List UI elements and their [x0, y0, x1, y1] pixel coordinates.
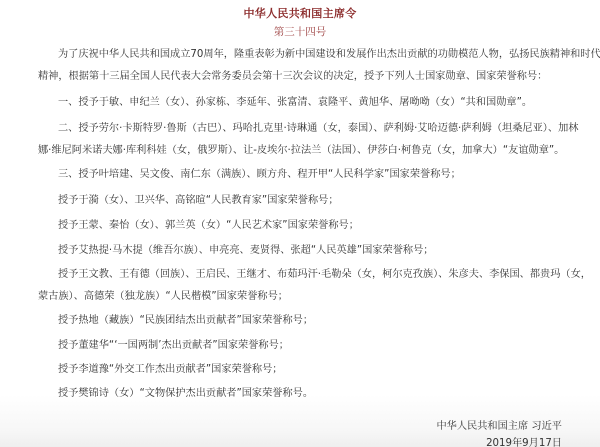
section-1-text: 一、授予于敏、申纪兰（女）、孙家栋、李延年、张富清、袁隆平、黄旭华、屠呦呦（女）… — [38, 92, 568, 114]
signature: 中华人民共和国主席 习近平 — [437, 417, 563, 432]
preamble-line: 为了庆祝中华人民共和国成立70周年，隆重表彰为新中国建设和发展作出杰出贡献的功勋… — [38, 44, 568, 66]
award-ethnic-unity: 授予热地（藏族）“民族团结杰出贡献者”国家荣誉称号； — [38, 310, 568, 332]
award-ethnic-unity-text: 授予热地（藏族）“民族团结杰出贡献者”国家荣誉称号； — [38, 310, 568, 332]
award-cultural-relics: 授予樊锦诗（女）“文物保护杰出贡献者”国家荣誉称号。 — [38, 383, 568, 405]
award-hero-text: 授予艾热提·马木提（维吾尔族）、申亮亮、麦贤得、张超“人民英雄”国家荣誉称号； — [38, 240, 568, 262]
section-2-line: 娜·维尼阿米诺夫娜·库利科娃（女，俄罗斯）、让-皮埃尔·拉法兰（法国）、伊莎白·… — [38, 140, 568, 162]
award-artist-text: 授予王蒙、秦怡（女）、郭兰英（女）“人民艺术家”国家荣誉称号； — [38, 215, 568, 237]
section-3: 三、授予叶培建、吴文俊、南仁东（满族）、顾方舟、程开甲“人民科学家”国家荣誉称号… — [38, 164, 568, 186]
award-model-line: 蒙古族）、高德荣（独龙族）“人民楷模”国家荣誉称号； — [38, 286, 568, 308]
award-diplomacy-text: 授予李道豫“外交工作杰出贡献者”国家荣誉称号； — [38, 359, 568, 381]
preamble: 为了庆祝中华人民共和国成立70周年，隆重表彰为新中国建设和发展作出杰出贡献的功勋… — [38, 44, 568, 88]
award-educator-text: 授予于漪（女）、卫兴华、高铭暄“人民教育家”国家荣誉称号； — [38, 190, 568, 212]
award-diplomacy: 授予李道豫“外交工作杰出贡献者”国家荣誉称号； — [38, 359, 568, 381]
award-cultural-relics-text: 授予樊锦诗（女）“文物保护杰出贡献者”国家荣誉称号。 — [38, 383, 568, 405]
award-artist: 授予王蒙、秦怡（女）、郭兰英（女）“人民艺术家”国家荣誉称号； — [38, 215, 568, 237]
page-title: 中华人民共和国主席令 — [0, 5, 600, 21]
section-3-text: 三、授予叶培建、吴文俊、南仁东（满族）、顾方舟、程开甲“人民科学家”国家荣誉称号… — [38, 164, 568, 186]
award-hero: 授予艾热提·马木提（维吾尔族）、申亮亮、麦贤得、张超“人民英雄”国家荣誉称号； — [38, 240, 568, 262]
award-educator: 授予于漪（女）、卫兴华、高铭暄“人民教育家”国家荣誉称号； — [38, 190, 568, 212]
section-2: 二、授予劳尔·卡斯特罗·鲁斯（古巴）、玛哈扎克里·诗琳通（女，泰国）、萨利姆·艾… — [38, 118, 568, 162]
section-1: 一、授予于敏、申纪兰（女）、孙家栋、李延年、张富清、袁隆平、黄旭华、屠呦呦（女）… — [38, 92, 568, 114]
section-2-line: 二、授予劳尔·卡斯特罗·鲁斯（古巴）、玛哈扎克里·诗琳通（女，泰国）、萨利姆·艾… — [38, 118, 568, 140]
award-model: 授予王文教、王有德（回族）、王启民、王继才、布茹玛汗·毛勒朵（女，柯尔克孜族）、… — [38, 264, 568, 308]
award-one-country: 授予董建华“‘一国两制’杰出贡献者”国家荣誉称号； — [38, 335, 568, 357]
decree-page: 中华人民共和国主席令 第三十四号 为了庆祝中华人民共和国成立70周年，隆重表彰为… — [0, 0, 600, 447]
decree-number: 第三十四号 — [0, 24, 600, 39]
preamble-line: 精神，根据第十三届全国人民代表大会常务委员会第十三次会议的决定，授予下列人士国家… — [38, 66, 568, 88]
decree-date: 2019年9月17日 — [486, 434, 562, 447]
award-model-line: 授予王文教、王有德（回族）、王启民、王继才、布茹玛汗·毛勒朵（女，柯尔克孜族）、… — [38, 264, 568, 286]
award-one-country-text: 授予董建华“‘一国两制’杰出贡献者”国家荣誉称号； — [38, 335, 568, 357]
